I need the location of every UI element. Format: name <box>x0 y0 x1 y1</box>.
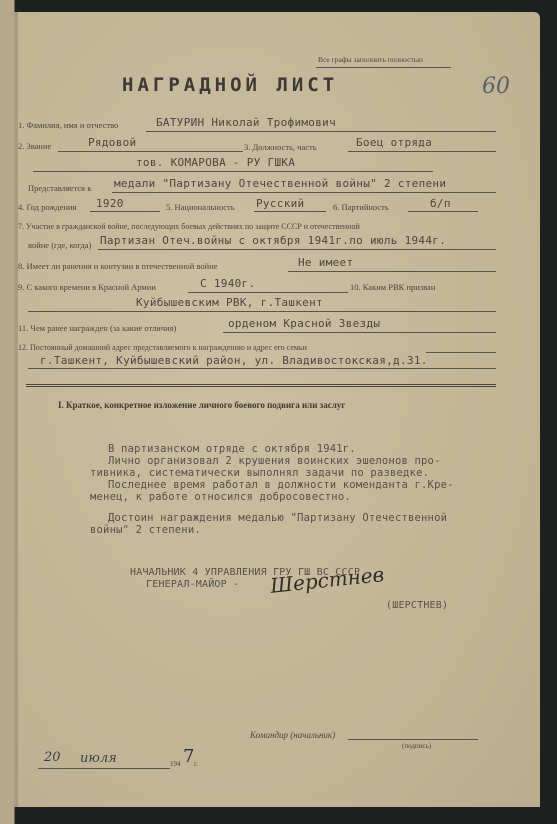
page-title: НАГРАДНОЙ ЛИСТ <box>122 74 338 96</box>
field-3-cont-line <box>33 171 433 172</box>
field-9-line <box>188 292 348 293</box>
field-1-label: 1. Фамилия, имя и отчество <box>18 120 118 130</box>
field-5-line <box>254 211 326 212</box>
field-2-value: Рядовой <box>88 136 136 149</box>
field-11-label: 11. Чем ранее награжден (за какие отличи… <box>18 323 176 333</box>
field-6-line <box>408 211 478 212</box>
binding-edge <box>0 0 15 824</box>
field-2-line <box>58 151 243 152</box>
separator-line-1 <box>26 384 496 385</box>
date-day: 20 <box>44 750 61 765</box>
field-7-label-line1: 7. Участие в гражданской войне, последую… <box>18 222 360 231</box>
field-4-value: 1920 <box>96 197 124 210</box>
field-12-label-line <box>426 352 496 353</box>
field-10-label: 10. Каким РВК призван <box>350 282 435 292</box>
field-12-value: г.Ташкент, Куйбышевский район, ул. Влади… <box>40 354 428 367</box>
narrative-line-4: Последнее время работал в должности коме… <box>108 479 454 491</box>
date-month: июля <box>80 751 117 766</box>
narrative-line-8: войны" 2 степени. <box>90 524 201 536</box>
field-12-line <box>28 368 496 369</box>
field-7-value: Партизан Отеч.войны с октября 1941г.по и… <box>100 234 446 247</box>
separator-line-2 <box>26 386 496 387</box>
date-line <box>38 768 170 769</box>
top-note: Все графы заполнить полностью <box>318 55 423 64</box>
narrative-line-7: Достоин награждения медалью "Партизану О… <box>108 512 447 524</box>
field-5-value: Русский <box>256 197 304 210</box>
field-11-line <box>223 332 496 333</box>
field-9-label: 9. С какого времени в Красной Армии <box>18 282 156 292</box>
field-2-label: 2. Звание <box>18 141 51 151</box>
field-6-label: 6. Партийность <box>333 202 389 212</box>
field-8-value: Не имеет <box>298 256 353 269</box>
narrative-line-1: В партизанском отряде с октября 1941г. <box>108 443 356 455</box>
field-5-label: 5. Национальность <box>166 202 235 212</box>
signature-caption: (подпись) <box>402 742 431 750</box>
field-3-label: 3. Должность, часть <box>244 142 317 152</box>
section-heading: I. Краткое, конкретное изложение личного… <box>58 400 345 410</box>
field-8-line <box>288 271 496 272</box>
award-sheet-page: Все графы заполнить полностью НАГРАДНОЙ … <box>18 12 540 807</box>
commander-signature-line <box>348 739 478 740</box>
field-6-value: б/п <box>430 197 451 210</box>
field-1-value: БАТУРИН Николай Трофимович <box>156 116 336 129</box>
page-number: 60 <box>482 74 510 99</box>
field-4-label: 4. Год рождения <box>18 202 76 212</box>
signature-title-line2: ГЕНЕРАЛ-МАЙОР - <box>146 579 239 591</box>
signatory-name: (ШЕРСТНЕВ) <box>386 600 448 612</box>
narrative-line-3: тивника, систематически выполнял задачи … <box>90 467 429 479</box>
field-4-line <box>90 211 160 212</box>
field-1-line <box>146 131 496 132</box>
field-7-label-line2: войне (где, когда) <box>28 240 91 250</box>
top-note-underline <box>316 67 451 68</box>
field-7-line <box>98 249 496 250</box>
nominated-value: медали "Партизану Отечественной войны" 2… <box>114 177 446 190</box>
narrative-line-2: Лично организовал 2 крушения воинских эш… <box>108 455 441 467</box>
commander-label: Командир (начальник) <box>250 730 335 740</box>
date-year-prefix: 194 <box>170 760 181 768</box>
nominated-label: Представляется к <box>28 183 91 193</box>
field-10-value: Куйбышевским РВК, г.Ташкент <box>136 296 323 309</box>
field-3-value-continued: тов. КОМАРОВА - РУ ГШКА <box>136 156 295 169</box>
field-10-line <box>28 311 496 312</box>
date-suffix: г. <box>194 760 198 768</box>
field-12-label: 12. Постоянный домашний адрес представля… <box>18 343 307 352</box>
nominated-line <box>112 192 496 193</box>
field-11-value: орденом Красной Звезды <box>228 317 380 330</box>
narrative-line-5: менец, к работе относился добросовестно. <box>90 491 351 503</box>
field-3-value: Боец отряда <box>356 136 432 149</box>
field-9-value: С 1940г. <box>200 277 255 290</box>
field-8-label: 8. Имеет ли ранения и контузии в отечест… <box>18 261 218 271</box>
date-year-suffix: 7 <box>183 746 194 767</box>
field-3-line <box>348 151 496 152</box>
